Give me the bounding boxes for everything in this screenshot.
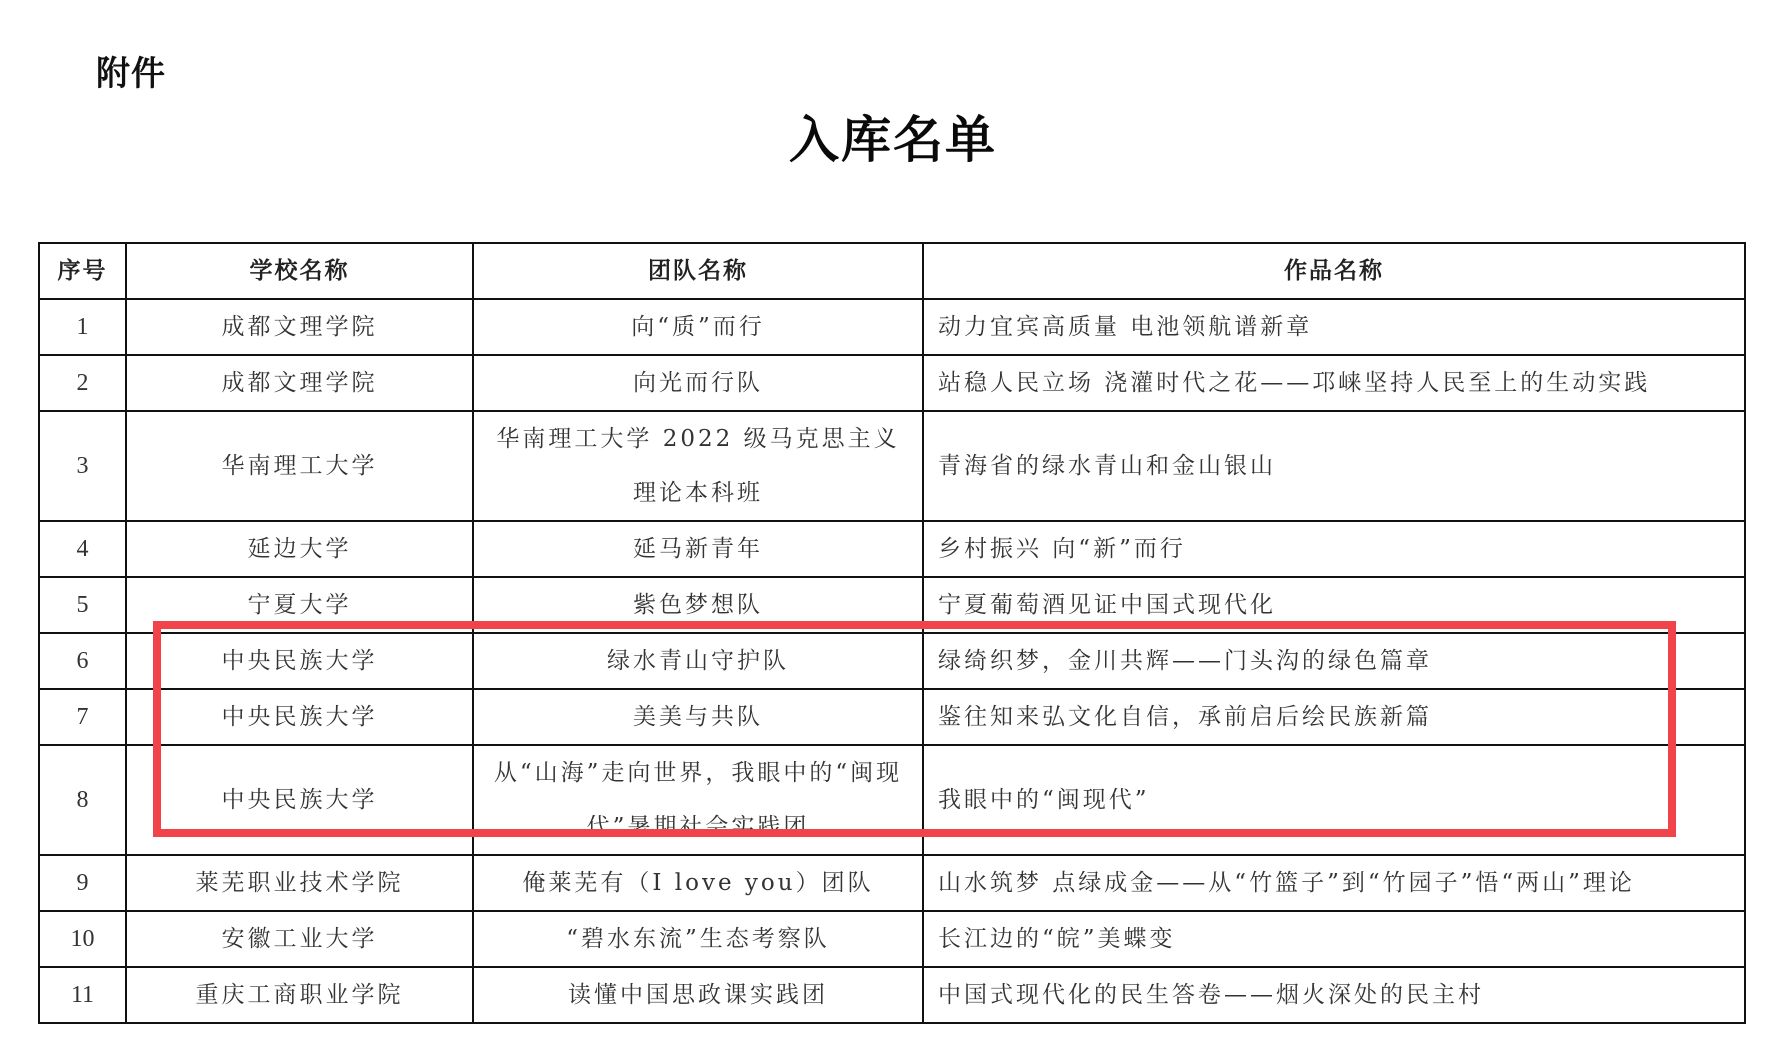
- header-school: 学校名称: [126, 243, 473, 299]
- cell-no: 7: [39, 689, 126, 745]
- cell-work: 中国式现代化的民生答卷——烟火深处的民主村: [923, 967, 1745, 1023]
- cell-work: 动力宜宾高质量 电池领航谱新章: [923, 299, 1745, 355]
- cell-team: 向光而行队: [473, 355, 923, 411]
- cell-no: 1: [39, 299, 126, 355]
- table-row: 7 中央民族大学 美美与共队 鉴往知来弘文化自信，承前启后绘民族新篇: [39, 689, 1745, 745]
- cell-school: 中央民族大学: [126, 633, 473, 689]
- table-row: 6 中央民族大学 绿水青山守护队 绿绮织梦，金川共辉——门头沟的绿色篇章: [39, 633, 1745, 689]
- cell-school: 华南理工大学: [126, 411, 473, 521]
- document-title: 入库名单: [0, 100, 1786, 172]
- table-row: 5 宁夏大学 紫色梦想队 宁夏葡萄酒见证中国式现代化: [39, 577, 1745, 633]
- cell-work: 宁夏葡萄酒见证中国式现代化: [923, 577, 1745, 633]
- cell-no: 2: [39, 355, 126, 411]
- cell-team: 绿水青山守护队: [473, 633, 923, 689]
- cell-no: 4: [39, 521, 126, 577]
- table-row: 10 安徽工业大学 “碧水东流”生态考察队 长江边的“皖”美蝶变: [39, 911, 1745, 967]
- table-row: 1 成都文理学院 向“质”而行 动力宜宾高质量 电池领航谱新章: [39, 299, 1745, 355]
- cell-team: 向“质”而行: [473, 299, 923, 355]
- cell-team: 华南理工大学 2022 级马克思主义理论本科班: [473, 411, 923, 521]
- cell-team: 读懂中国思政课实践团: [473, 967, 923, 1023]
- table-row: 4 延边大学 延马新青年 乡村振兴 向“新”而行: [39, 521, 1745, 577]
- cell-work: 青海省的绿水青山和金山银山: [923, 411, 1745, 521]
- cell-work: 站稳人民立场 浇灌时代之花——邛崃坚持人民至上的生动实践: [923, 355, 1745, 411]
- cell-work: 鉴往知来弘文化自信，承前启后绘民族新篇: [923, 689, 1745, 745]
- table-row: 3 华南理工大学 华南理工大学 2022 级马克思主义理论本科班 青海省的绿水青…: [39, 411, 1745, 521]
- cell-school: 中央民族大学: [126, 689, 473, 745]
- cell-school: 安徽工业大学: [126, 911, 473, 967]
- cell-school: 成都文理学院: [126, 299, 473, 355]
- cell-no: 3: [39, 411, 126, 521]
- attachment-label: 附件: [96, 46, 166, 95]
- cell-school: 莱芜职业技术学院: [126, 855, 473, 911]
- cell-school: 成都文理学院: [126, 355, 473, 411]
- cell-work: 长江边的“皖”美蝶变: [923, 911, 1745, 967]
- cell-team: 延马新青年: [473, 521, 923, 577]
- table-header-row: 序号 学校名称 团队名称 作品名称: [39, 243, 1745, 299]
- table-row: 2 成都文理学院 向光而行队 站稳人民立场 浇灌时代之花——邛崃坚持人民至上的生…: [39, 355, 1745, 411]
- cell-no: 8: [39, 745, 126, 855]
- cell-team: “碧水东流”生态考察队: [473, 911, 923, 967]
- cell-team: 美美与共队: [473, 689, 923, 745]
- cell-school: 宁夏大学: [126, 577, 473, 633]
- cell-work: 绿绮织梦，金川共辉——门头沟的绿色篇章: [923, 633, 1745, 689]
- cell-work: 乡村振兴 向“新”而行: [923, 521, 1745, 577]
- cell-no: 9: [39, 855, 126, 911]
- table-row: 9 莱芜职业技术学院 俺莱芜有（I love you）团队 山水筑梦 点绿成金—…: [39, 855, 1745, 911]
- cell-school: 延边大学: [126, 521, 473, 577]
- cell-no: 11: [39, 967, 126, 1023]
- header-work: 作品名称: [923, 243, 1745, 299]
- cell-no: 5: [39, 577, 126, 633]
- table-row: 8 中央民族大学 从“山海”走向世界，我眼中的“闽现代”暑期社会实践团 我眼中的…: [39, 745, 1745, 855]
- cell-work: 我眼中的“闽现代”: [923, 745, 1745, 855]
- table-row: 11 重庆工商职业学院 读懂中国思政课实践团 中国式现代化的民生答卷——烟火深处…: [39, 967, 1745, 1023]
- cell-team: 俺莱芜有（I love you）团队: [473, 855, 923, 911]
- cell-team: 从“山海”走向世界，我眼中的“闽现代”暑期社会实践团: [473, 745, 923, 855]
- cell-team: 紫色梦想队: [473, 577, 923, 633]
- cell-no: 10: [39, 911, 126, 967]
- cell-school: 中央民族大学: [126, 745, 473, 855]
- roster-table: 序号 学校名称 团队名称 作品名称 1 成都文理学院 向“质”而行 动力宜宾高质…: [38, 242, 1746, 1024]
- cell-work: 山水筑梦 点绿成金——从“竹篮子”到“竹园子”悟“两山”理论: [923, 855, 1745, 911]
- header-team: 团队名称: [473, 243, 923, 299]
- header-no: 序号: [39, 243, 126, 299]
- cell-school: 重庆工商职业学院: [126, 967, 473, 1023]
- cell-no: 6: [39, 633, 126, 689]
